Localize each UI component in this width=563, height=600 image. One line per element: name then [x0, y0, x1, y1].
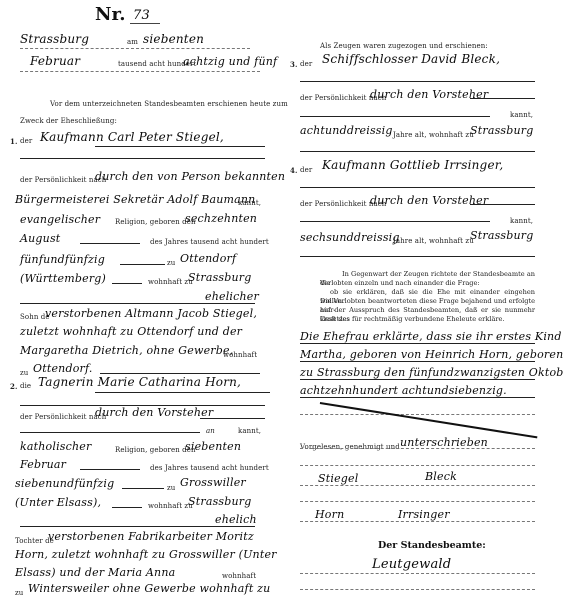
registrar-signature: Leutgewald	[372, 557, 451, 572]
date-month: Februar	[30, 54, 80, 68]
witness4-residence: Strassburg	[470, 229, 534, 242]
bride-note: ehelich	[215, 513, 257, 526]
groom-parents-line1: verstorbenen Altmann Jacob Stiegel,	[45, 307, 257, 320]
groom-parents-line2: zuletzt wohnhaft zu Ottendorf und der	[20, 325, 242, 338]
groom-prefix: der	[20, 137, 32, 145]
witness3-name: Schiffschlosser David Bleck,	[322, 52, 500, 66]
witness3-age: achtunddreissig	[300, 124, 393, 137]
bride-parents-line4-prefix: zu	[15, 589, 23, 597]
groom-parents-residence: Ottendorf.	[33, 362, 93, 375]
signature-bride: Horn	[315, 508, 344, 521]
groom-marker: 1.	[10, 137, 18, 146]
bride-birth-day: siebenten	[185, 440, 241, 453]
strike-line	[320, 402, 538, 438]
groom-residence-label: wohnhaft zu	[148, 278, 193, 286]
witness4-marker: 4.	[290, 166, 298, 175]
groom-identity-value2: Bürgermeisterei Sekretär Adolf Baumann	[15, 193, 255, 206]
groom-religion-label: Religion, geboren den	[115, 218, 196, 226]
year-handwritten: achtzig und fünf	[183, 55, 277, 68]
bride-birth-year-label: des Jahres tausend acht hundert	[150, 464, 269, 472]
bride-birth-place-label: zu	[167, 484, 175, 492]
bride-known-prefix: an	[206, 427, 215, 435]
bride-parents-residence-label: wohnhaft	[222, 572, 256, 580]
bride-birth-place: Grosswiller	[180, 476, 246, 489]
read-approved-label: Vorgelesen, genehmigt und	[300, 443, 400, 451]
groom-birth-region: (Württemberg)	[20, 272, 106, 285]
bride-marker: 2.	[10, 382, 18, 391]
witness3-marker: 3.	[290, 60, 298, 69]
ceremony-line-2: Verlobten einzeln und nach einander die …	[320, 279, 535, 288]
bride-birth-region: (Unter Elsass),	[15, 496, 101, 509]
groom-parents-residence-prefix: zu	[20, 369, 28, 377]
witnesses-heading: Als Zeugen waren zugezogen und erschiene…	[320, 42, 488, 50]
witness3-prefix: der	[300, 60, 312, 68]
bride-identity-value: durch den Vorsteher	[95, 406, 213, 419]
witness3-identity-value: durch den Vorsteher	[370, 88, 488, 101]
record-number-label: Nr.	[95, 4, 126, 25]
witness4-known-label: kannt,	[510, 217, 533, 225]
bride-birth-month: Februar	[20, 458, 66, 471]
annotation-line-1: Die Ehefrau erklärte, dass sie ihr erste…	[300, 330, 562, 343]
groom-identity-value: durch den von Person bekannten	[95, 170, 285, 183]
ceremony-line-6: Gesetzes für rechtmäßig verbundene Ehele…	[320, 315, 535, 324]
bride-known-label: kannt,	[238, 427, 261, 435]
groom-birth-year: fünfundfünfzig	[20, 253, 105, 266]
preamble-line2: Zweck der Eheschließung:	[20, 117, 117, 125]
witness4-identity-value: durch den Vorsteher	[370, 194, 488, 207]
groom-residence: Strassburg	[188, 271, 252, 284]
groom-known-label: kannt,	[238, 199, 261, 207]
annotation-line-3: zu Strassburg den fünfundzwanzigsten Okt…	[300, 366, 563, 379]
bride-residence-label: wohnhaft zu	[148, 502, 193, 510]
bride-parents-line4: Wintersweiler ohne Gewerbe wohnhaft zu	[28, 582, 270, 595]
annotation-line-2: Martha, geboren von Heinrich Horn, gebor…	[300, 348, 563, 361]
signature-witness3: Bleck	[425, 470, 457, 483]
annotation-line-4: achtzehnhundert achtundsiebenzig.	[300, 384, 507, 397]
bride-parents-line3: Elsass) und der Maria Anna	[15, 566, 175, 579]
bride-parents-line1: verstorbenen Fabrikarbeiter Moritz	[48, 530, 254, 543]
bride-religion: katholischer	[20, 440, 91, 453]
bride-name: Tagnerin Marie Catharina Horn,	[38, 375, 241, 389]
groom-religion: evangelischer	[20, 213, 100, 226]
bride-identity-label: der Persönlichkeit nach	[20, 413, 106, 421]
bride-religion-label: Religion, geboren den	[115, 446, 196, 454]
place: Strassburg	[20, 32, 89, 46]
bride-parents-line2: Horn, zuletzt wohnhaft zu Grosswiller (U…	[15, 548, 277, 561]
date-day: siebenten	[143, 32, 204, 46]
groom-parents-residence-label: wohnhaft	[223, 351, 257, 359]
date-prefix: am	[127, 38, 138, 46]
bride-residence: Strassburg	[188, 495, 252, 508]
signature-groom: Stiegel	[318, 472, 358, 485]
groom-name: Kaufmann Carl Peter Stiegel,	[40, 130, 224, 144]
groom-birth-month: August	[20, 232, 60, 245]
bride-birth-year: siebenundfünfzig	[15, 477, 114, 490]
groom-identity-label: der Persönlichkeit nach	[20, 176, 106, 184]
witness4-name: Kaufmann Gottlieb Irrsinger,	[322, 158, 503, 172]
groom-birth-place-label: zu	[167, 259, 175, 267]
witness4-age-label: Jahre alt, wohnhaft zu	[393, 237, 474, 245]
registrar-heading: Der Standesbeamte:	[378, 540, 486, 551]
witness3-known-label: kannt,	[510, 111, 533, 119]
groom-parents-line3: Margaretha Dietrich, ohne Gewerbe,	[20, 344, 233, 357]
groom-note: ehelicher	[205, 290, 259, 303]
witness3-age-label: Jahre alt, wohnhaft zu	[393, 131, 474, 139]
groom-birth-day: sechzehnten	[185, 212, 257, 225]
witness3-residence: Strassburg	[470, 124, 534, 137]
bride-prefix: die	[20, 382, 31, 390]
record-number: 73	[133, 8, 150, 23]
preamble-line1: Vor dem unterzeichneten Standesbeamten e…	[50, 100, 288, 108]
groom-birth-place: Ottendorf	[180, 252, 236, 265]
groom-birth-year-label: des Jahres tausend acht hundert	[150, 238, 269, 246]
witness4-prefix: der	[300, 166, 312, 174]
witness4-age: sechsunddreissig	[300, 231, 400, 244]
signature-witness4: Irrsinger	[398, 508, 450, 521]
